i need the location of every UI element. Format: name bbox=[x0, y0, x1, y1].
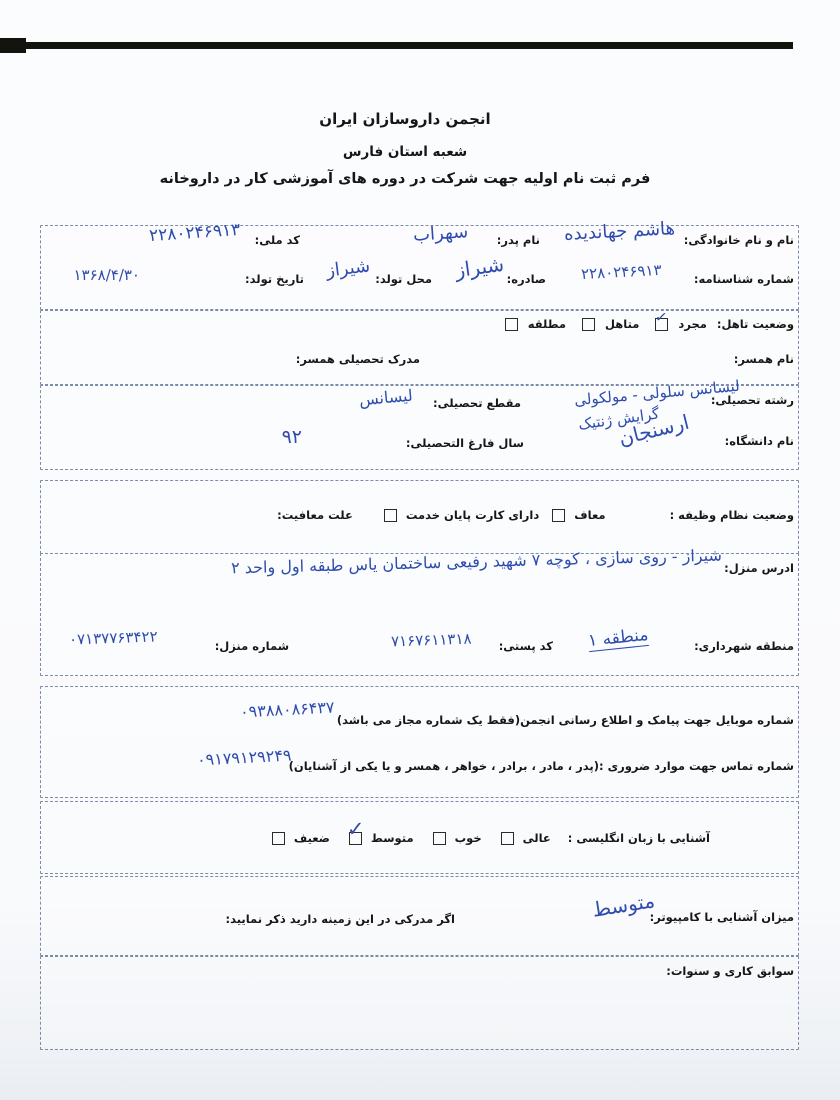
postal-code-label: کد پستی: bbox=[499, 639, 553, 653]
issued-at-label: صادره: bbox=[507, 272, 546, 286]
education-level-label: مقطع تحصیلی: bbox=[433, 396, 521, 410]
married-option-label: متاهل bbox=[605, 317, 639, 331]
name-label: نام و نام خانوادگی: bbox=[684, 233, 794, 247]
scanned-registration-form: انجمن داروسازان ایران شعبه استان فارس فر… bbox=[0, 0, 840, 1100]
mobile-number-label: شماره موبایل جهت پیامک و اطلاع رسانی انج… bbox=[337, 713, 794, 727]
divorced-option-label: مطلقه bbox=[528, 317, 566, 331]
municipal-district-label: منطقه شهرداری: bbox=[694, 639, 794, 653]
scan-artifact-blob bbox=[0, 38, 26, 53]
exempt-checkbox[interactable] bbox=[552, 509, 565, 522]
graduation-year-value: ۹۲ bbox=[282, 426, 302, 448]
university-name-label: نام دانشگاه: bbox=[725, 434, 794, 448]
birthplace-label: محل تولد: bbox=[375, 272, 432, 286]
father-name-value: سهراب bbox=[412, 221, 469, 246]
home-address-label: ادرس منزل: bbox=[724, 561, 794, 575]
marital-status-row: وضعیت تاهل: مجرد ✓ متاهل مطلقه bbox=[505, 317, 794, 331]
form-title: فرم ثبت نام اولیه جهت شرکت در دوره های آ… bbox=[0, 171, 810, 187]
father-name-label: نام پدر: bbox=[497, 233, 540, 247]
id-number-label: شماره شناسنامه: bbox=[694, 272, 794, 286]
english-excellent-checkbox[interactable] bbox=[501, 832, 514, 845]
english-good-checkbox[interactable] bbox=[433, 832, 446, 845]
section-contact-numbers bbox=[40, 686, 799, 798]
postal-code-value: ۷۱۶۷۶۱۱۳۱۸ bbox=[391, 630, 472, 651]
english-medium-checkbox[interactable]: ✓ bbox=[349, 832, 362, 845]
emergency-number-label: شماره تماس جهت موارد ضروری :(پدر ، مادر … bbox=[289, 759, 794, 773]
spouse-degree-label: مدرک تحصیلی همسر: bbox=[296, 352, 420, 366]
service-card-option-label: دارای کارت پایان خدمت bbox=[406, 508, 539, 522]
english-medium-checkmark: ✓ bbox=[347, 819, 365, 840]
scan-artifact-bar bbox=[0, 42, 793, 49]
birthdate-label: تاریخ تولد: bbox=[245, 272, 304, 286]
form-branch-title: شعبه استان فارس bbox=[0, 144, 810, 160]
marital-status-label: وضعیت تاهل: bbox=[717, 317, 794, 331]
single-checkmark: ✓ bbox=[654, 309, 669, 326]
computer-certificate-label: اگر مدرکی در این زمینه دارید ذکر نمایید: bbox=[225, 912, 455, 926]
military-service-row: وضعیت نظام وظیفه : معاف دارای کارت پایان… bbox=[277, 508, 794, 522]
english-weak-checkbox[interactable] bbox=[272, 832, 285, 845]
service-card-checkbox[interactable] bbox=[384, 509, 397, 522]
single-option-label: مجرد bbox=[678, 317, 706, 331]
english-good-label: خوب bbox=[455, 831, 482, 845]
home-phone-value: ۰۷۱۳۷۷۶۳۴۲۲ bbox=[69, 627, 158, 648]
home-phone-label: شماره منزل: bbox=[215, 639, 289, 653]
national-id-label: کد ملی: bbox=[255, 233, 300, 247]
exemption-reason-label: علت معافیت: bbox=[277, 508, 353, 522]
military-status-label: وضعیت نظام وظیفه : bbox=[670, 508, 794, 522]
form-org-title: انجمن داروسازان ایران bbox=[0, 110, 810, 128]
spouse-name-label: نام همسر: bbox=[734, 352, 794, 366]
exempt-option-label: معاف bbox=[574, 508, 605, 522]
english-familiarity-row: آشنایی با زبان انگلیسی : عالی خوب متوسط … bbox=[272, 831, 710, 845]
married-checkbox[interactable] bbox=[582, 318, 595, 331]
english-excellent-label: عالی bbox=[523, 831, 551, 845]
english-familiarity-label: آشنایی با زبان انگلیسی : bbox=[568, 831, 710, 845]
single-checkbox[interactable]: ✓ bbox=[655, 318, 668, 331]
computer-familiarity-label: میزان آشنایی با کامپیوتر: bbox=[650, 910, 794, 924]
english-weak-label: ضعیف bbox=[294, 831, 330, 845]
english-medium-label: متوسط bbox=[371, 831, 414, 845]
divorced-checkbox[interactable] bbox=[505, 318, 518, 331]
work-experience-label: سوابق کاری و سنوات: bbox=[666, 964, 794, 978]
birthdate-value: ۱۳۶۸/۴/۳۰ bbox=[73, 266, 140, 284]
graduation-year-label: سال فارغ التحصیلی: bbox=[406, 436, 524, 450]
